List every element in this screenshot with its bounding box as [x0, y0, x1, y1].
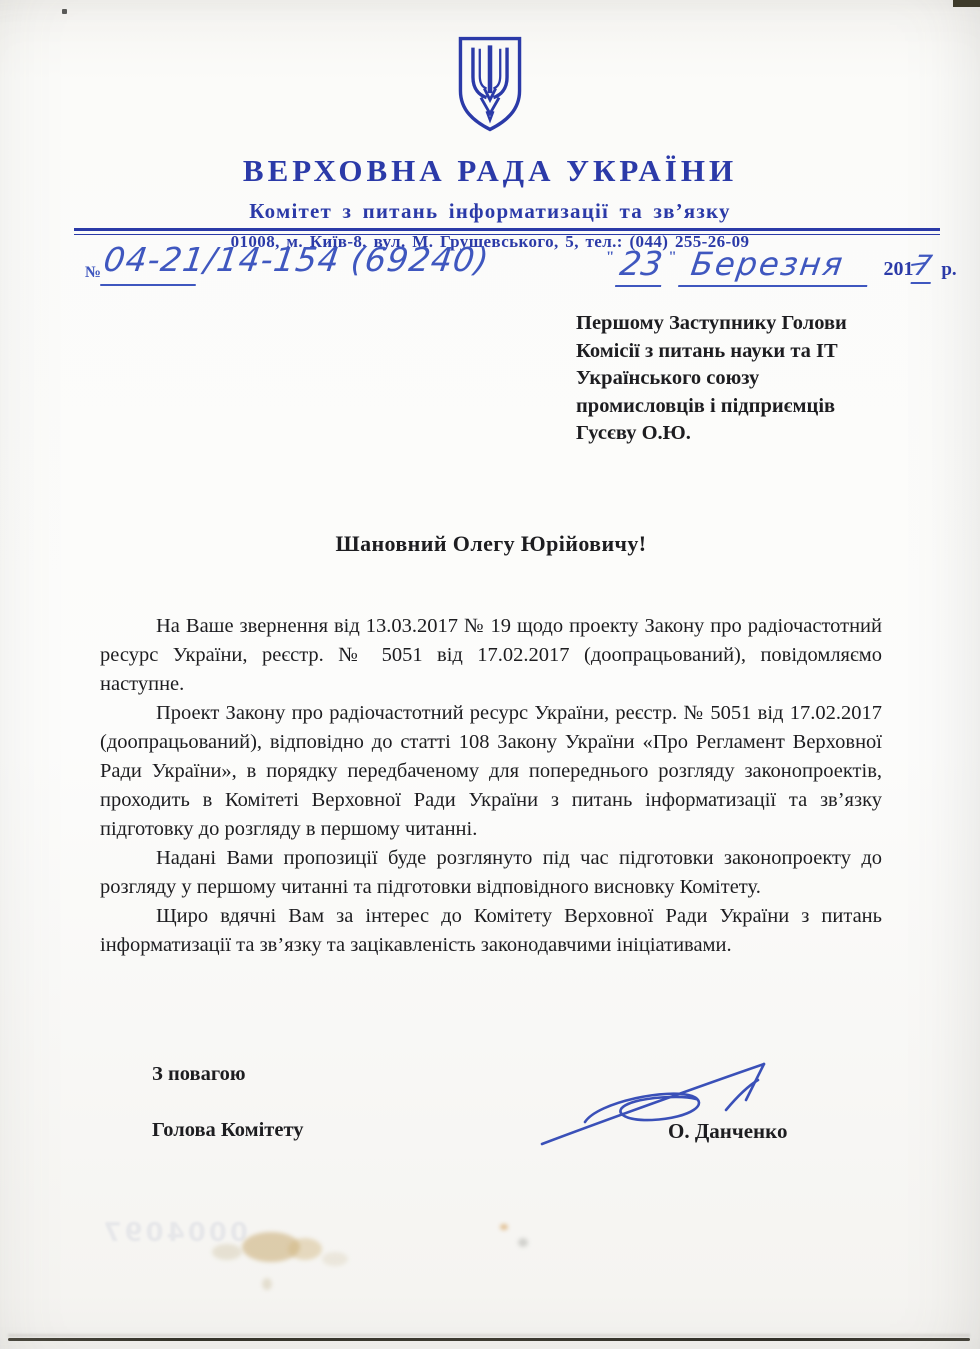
paragraph: Проект Закону про радіочастотний ресурс … [100, 699, 882, 844]
signer-position: Голова Комітету [152, 1119, 304, 1142]
paper-bottom-edge [8, 1338, 970, 1341]
date-block: " 23 " Березня 2017 р. [606, 244, 957, 287]
open-quote: " [606, 249, 614, 265]
close-quote: " [668, 249, 676, 265]
recipient-line: Комісії з питань науки та ІТ [576, 338, 916, 366]
signer-name: О. Данченко [668, 1119, 787, 1144]
year-printed: 201 [883, 258, 913, 280]
outgoing-number-handwritten: 04-21/14-154 (69240) [101, 240, 492, 279]
letterhead: ВЕРХОВНА РАДА УКРАЇНИ Комітет з питань і… [0, 34, 980, 252]
recipient-block: Першому Заступнику Голови Комісії з пита… [576, 310, 916, 448]
scan-speck [62, 9, 67, 14]
month-handwritten: Березня [678, 245, 873, 287]
ukraine-trident-emblem-icon [451, 34, 529, 134]
paper-edge-shadow [8, 1334, 970, 1337]
closing-phrase: З повагою [152, 1063, 246, 1086]
paragraph: Щиро вдячні Вам за інтерес до Комітету В… [100, 902, 882, 960]
number-sign-label: № [85, 264, 101, 282]
paper-stain [518, 1238, 528, 1247]
paper-stain [500, 1224, 508, 1230]
year-suffix: р. [941, 259, 956, 280]
recipient-line: Українського союзу [576, 365, 916, 393]
reference-row: № 04-21/14-154 (69240) " 23 " Березня 20… [0, 240, 980, 300]
scanned-letter-page: ВЕРХОВНА РАДА УКРАЇНИ Комітет з питань і… [0, 0, 980, 1349]
number-underline [100, 284, 196, 286]
recipient-line: Першому Заступнику Голови [576, 310, 916, 338]
paper-stain [288, 1238, 322, 1260]
paragraph: Надані Вами пропозиції буде розглянуто п… [100, 844, 882, 902]
year-digit-handwritten: 7 [911, 249, 936, 284]
paper-stain [212, 1244, 242, 1260]
committee-name: Комітет з питань інформатизації та зв’яз… [0, 199, 980, 224]
scan-edge-artifact [953, 0, 980, 7]
letterhead-divider-rule [74, 228, 940, 235]
letter-body: На Ваше звернення від 13.03.2017 № 19 що… [100, 612, 882, 960]
paragraph: На Ваше звернення від 13.03.2017 № 19 що… [100, 612, 882, 699]
paper-stain [262, 1278, 272, 1290]
salutation: Шановний Олегу Юрійовичу! [100, 531, 882, 557]
paper-stain [322, 1252, 348, 1266]
recipient-line: Гусєву О.Ю. [576, 420, 916, 448]
day-handwritten: 23 [615, 244, 667, 287]
recipient-line: промисловців і підприємців [576, 393, 916, 421]
organization-title: ВЕРХОВНА РАДА УКРАЇНИ [0, 153, 980, 189]
